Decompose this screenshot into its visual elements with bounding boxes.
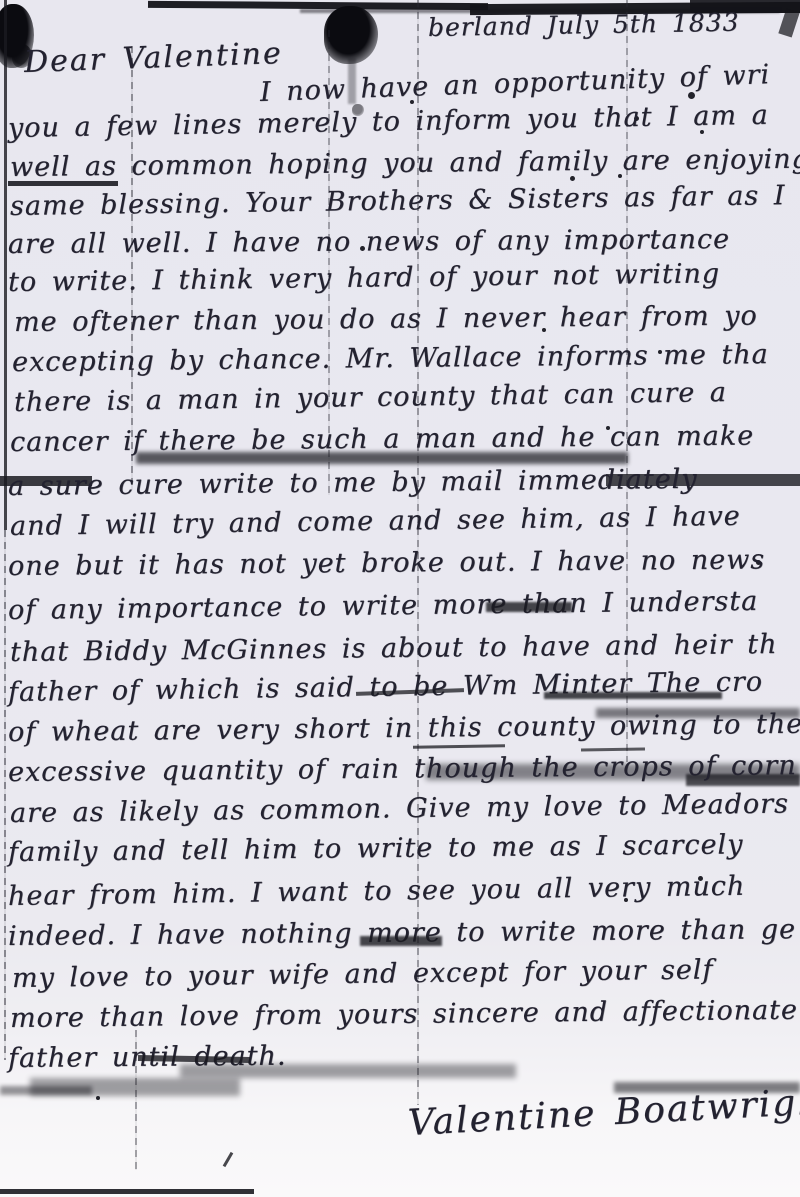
letter-line: same blessing. Your Brothers & Sisters a… [10, 180, 800, 221]
letter-line: and I will try and come and see him, as … [10, 502, 741, 542]
letter-line: to write. I think very hard of your not … [8, 259, 720, 297]
letter-line: of any importance to write more than I u… [8, 587, 759, 626]
ink-blot [324, 6, 378, 64]
page-edge-left [4, 0, 7, 530]
ink-underline [413, 744, 505, 749]
letter-line: excessive quantity of rain though the cr… [8, 751, 797, 788]
letter-line: of wheat are very short in this county o… [8, 710, 800, 748]
letter-line: are all well. I have no news of any impo… [8, 225, 730, 260]
letter-line: one but it has not yet broke out. I have… [8, 545, 765, 581]
ink-speck [96, 1096, 100, 1100]
page-edge-left [4, 530, 6, 1060]
letter-salutation: Dear Valentine [23, 37, 283, 79]
ink-speck [688, 92, 695, 99]
letter-line: a sure cure write to me by mail immediat… [8, 465, 698, 502]
letter-line: more than love from yours sincere and af… [10, 996, 798, 1034]
letter-line: my love to your wife and except for your… [12, 955, 714, 993]
letter-line: indeed. I have nothing more to write mor… [8, 915, 796, 952]
ink-strike [360, 936, 442, 946]
letter-line: me oftener than you do as I never hear f… [14, 302, 758, 338]
page-edge-bottom [0, 1189, 254, 1194]
letter-line: hear from him. I want to see you all ver… [8, 872, 746, 912]
letter-line: that Biddy McGinnes is about to have and… [10, 630, 778, 668]
letter-signature: Valentine Boatwright [407, 1081, 800, 1143]
pen-slash-mark [223, 1152, 234, 1167]
letter-line: there is a man in your county that can c… [14, 378, 727, 418]
letter-line: excepting by chance. Mr. Wallace informs… [12, 340, 769, 378]
letter-line: father of which is said to be Wm Minter … [8, 667, 763, 707]
ink-strike [544, 692, 722, 699]
letter-line: are as likely as common. Give my love to… [10, 789, 789, 828]
letter-dateline: berland July 5th 1833 [428, 9, 740, 42]
ink-smear [30, 1078, 240, 1096]
letter-line: family and tell him to write to me as I … [8, 830, 744, 867]
letter-line: you a few lines merely to inform you tha… [8, 101, 769, 144]
letter-line: cancer if there be such a man and he can… [10, 422, 754, 458]
ink-strike [486, 602, 572, 612]
ink-smear [180, 1064, 516, 1078]
letter-line: well as common hoping you and family are… [10, 145, 800, 183]
scanned-letter-page: berland July 5th 1833 Dear Valentine I n… [0, 0, 800, 1197]
